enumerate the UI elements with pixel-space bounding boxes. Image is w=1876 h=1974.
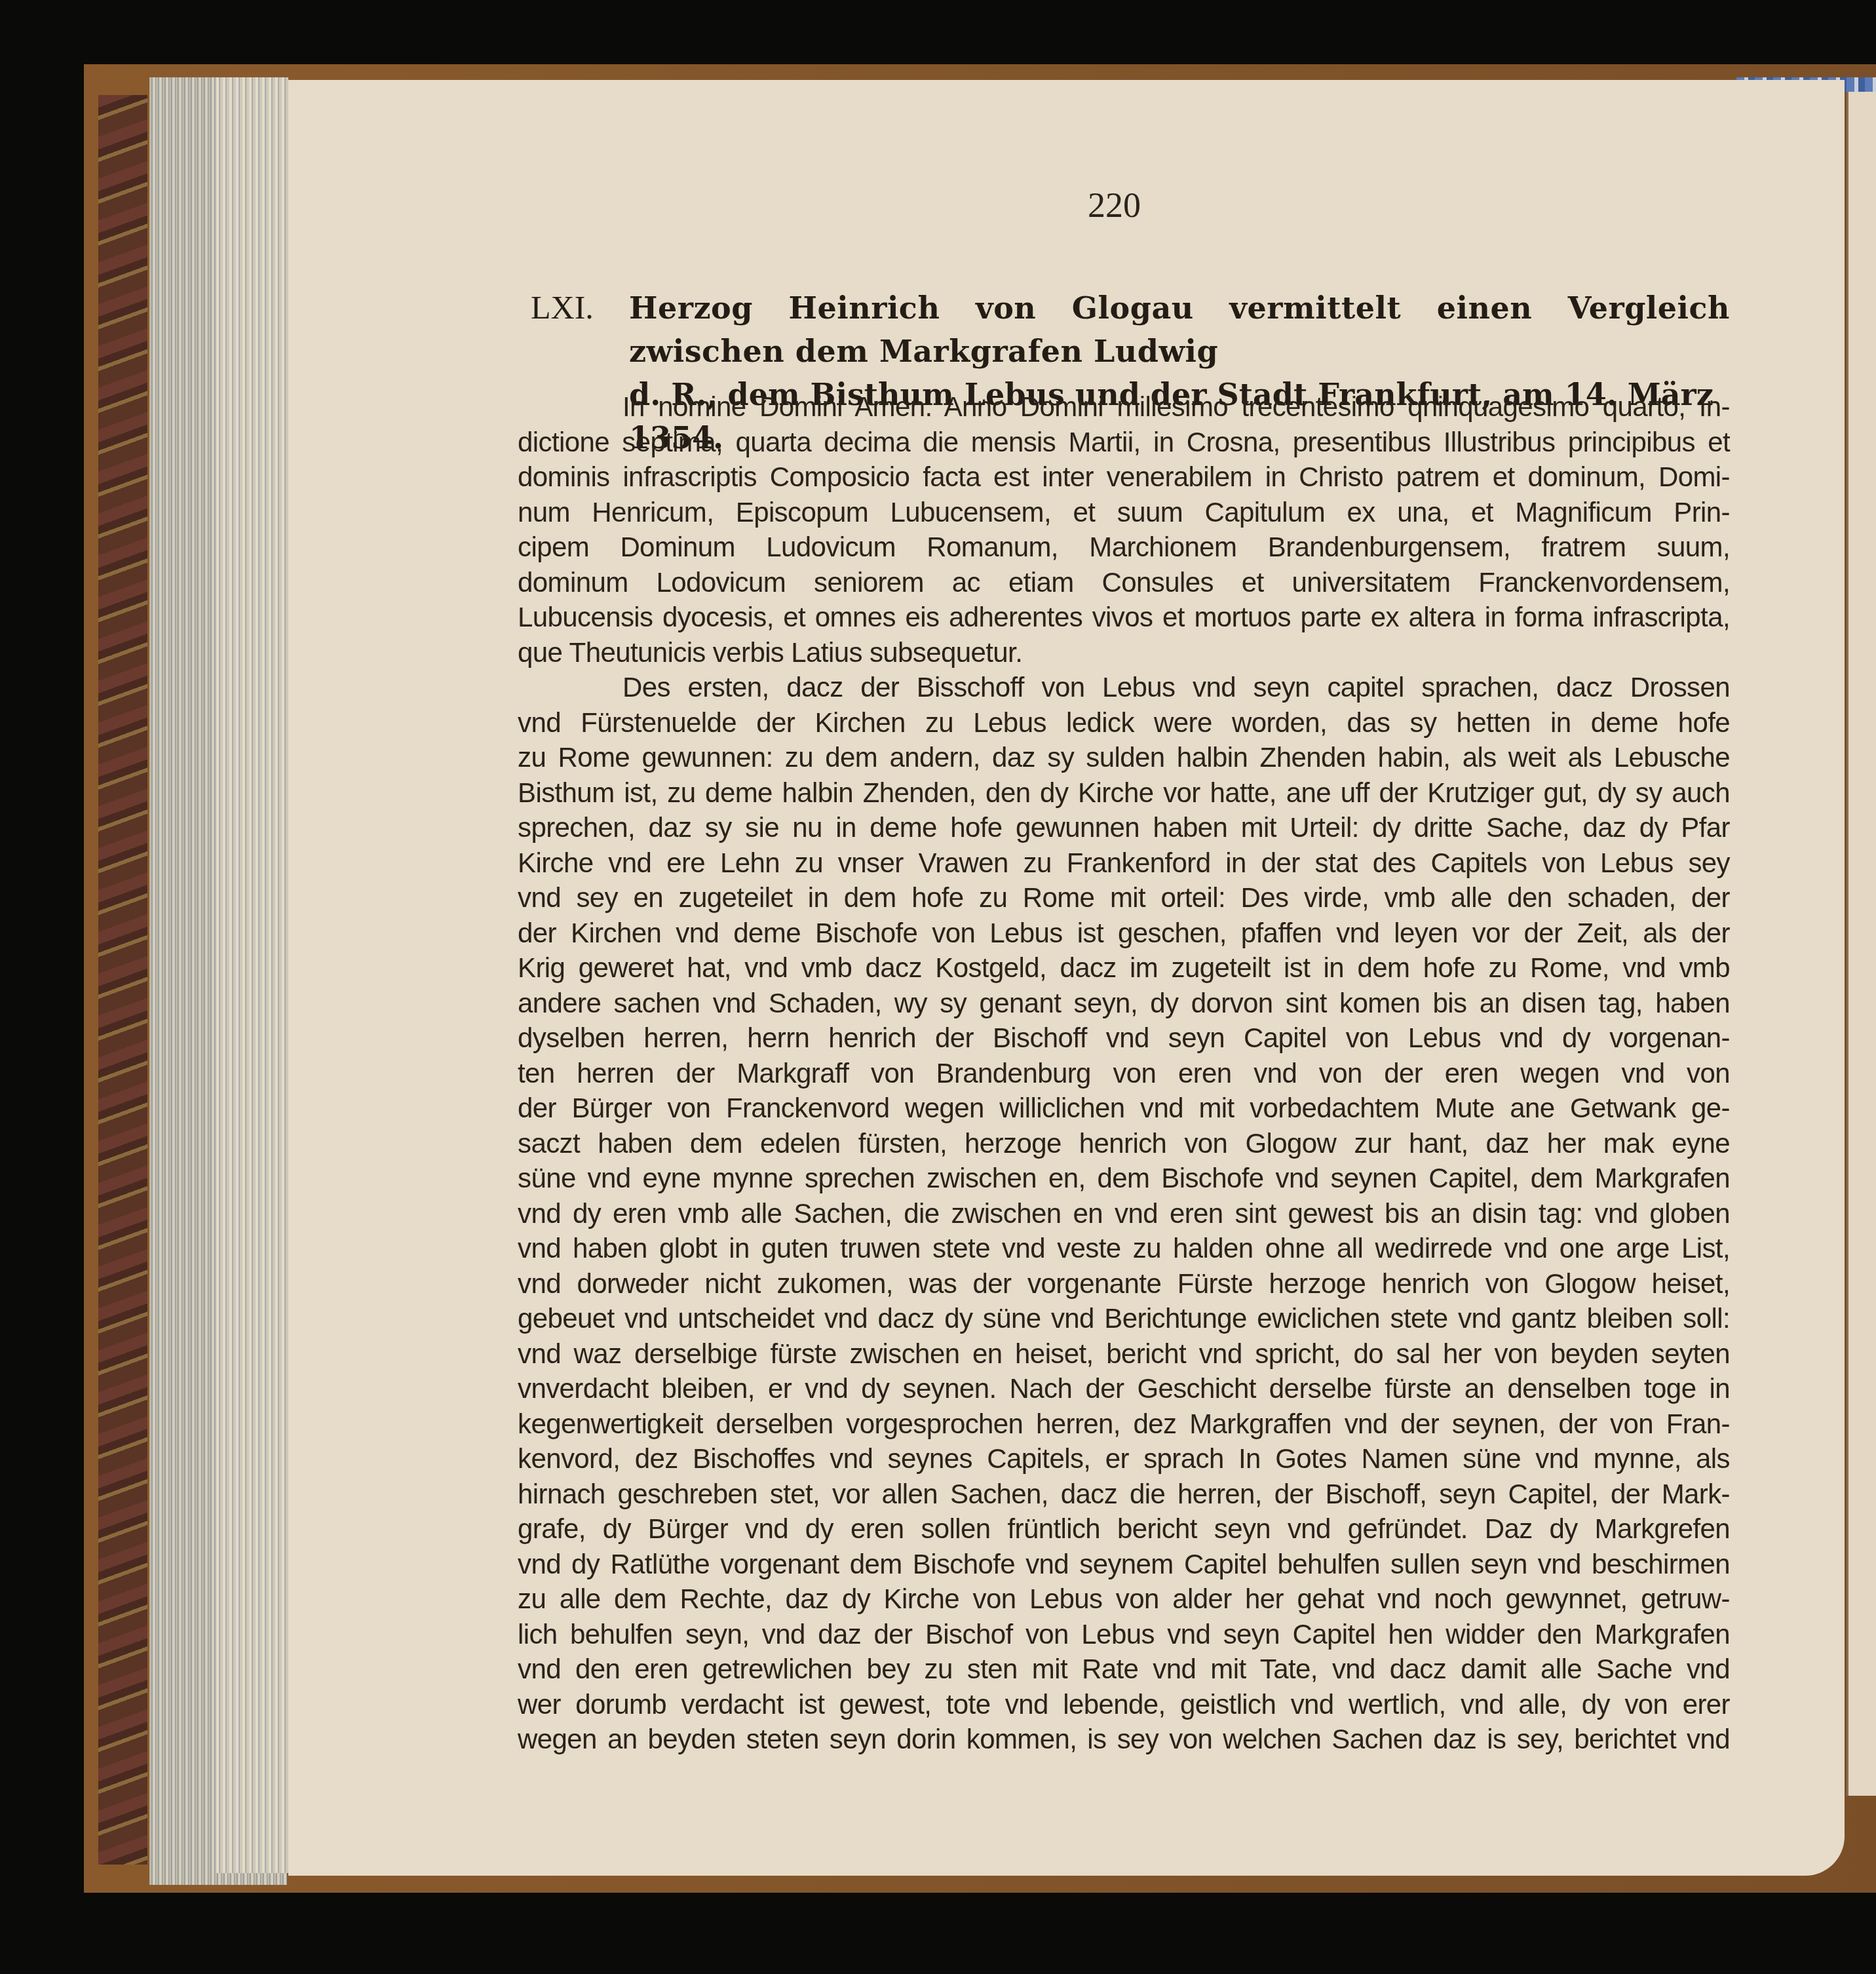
text-line: zu alle dem Rechte, daz dy Kirche von Le… bbox=[518, 1581, 1730, 1617]
text-line: que Theutunicis verbis Latius subsequetu… bbox=[518, 635, 1730, 670]
text-line: wer dorumb verdacht ist gewest, tote vnd… bbox=[518, 1687, 1730, 1722]
text-line: vnd Fürstenuelde der Kirchen zu Lebus le… bbox=[518, 705, 1730, 741]
text-line: vnverdacht bleiben, er vnd dy seynen. Na… bbox=[518, 1371, 1730, 1406]
text-line: cipem Dominum Ludovicum Romanum, Marchio… bbox=[518, 530, 1730, 565]
document-body: In nomine Domini Amen. Anno Domini mille… bbox=[518, 389, 1730, 1757]
page-stack-inner-edge bbox=[216, 77, 288, 1873]
text-line: der Kirchen vnd deme Bischofe von Lebus … bbox=[518, 916, 1730, 951]
text-line: dominum Lodovicum seniorem ac etiam Cons… bbox=[518, 565, 1730, 600]
text-line: saczt haben dem edelen fürsten, herzoge … bbox=[518, 1126, 1730, 1161]
text-line: ten herren der Markgraff von Brandenburg… bbox=[518, 1056, 1730, 1091]
text-line: vnd sey en zugeteilet in dem hofe zu Rom… bbox=[518, 880, 1730, 916]
page-number: 220 bbox=[1088, 185, 1141, 225]
text-line: süne vnd eyne mynne sprechen zwischen en… bbox=[518, 1161, 1730, 1196]
text-line: vnd haben globt in guten truwen stete vn… bbox=[518, 1231, 1730, 1266]
text-line: num Henricum, Episcopum Lubucensem, et s… bbox=[518, 495, 1730, 530]
text-line: andere sachen vnd Schaden, wy sy genant … bbox=[518, 986, 1730, 1021]
marbled-cover-edge bbox=[98, 95, 147, 1865]
document-title-line-1: Herzog Heinrich von Glogau vermittelt ei… bbox=[629, 286, 1730, 373]
text-line: Des ersten, dacz der Bisschoff von Lebus… bbox=[518, 670, 1730, 705]
text-line: lich behulfen seyn, vnd daz der Bischof … bbox=[518, 1617, 1730, 1652]
text-line: zu Rome gewunnen: zu dem andern, daz sy … bbox=[518, 740, 1730, 775]
text-line: Bisthum ist, zu deme halbin Zhenden, den… bbox=[518, 775, 1730, 811]
text-line: sprechen, daz sy sie nu in deme hofe gew… bbox=[518, 810, 1730, 845]
text-line: kenvord, dez Bischoffes vnd seynes Capit… bbox=[518, 1441, 1730, 1477]
text-line: dictione septima, quarta decima die mens… bbox=[518, 425, 1730, 460]
text-line: hirnach geschreben stet, vor allen Sache… bbox=[518, 1477, 1730, 1512]
text-line: dyselben herren, herrn henrich der Bisch… bbox=[518, 1020, 1730, 1056]
text-line: Lubucensis dyocesis, et omnes eis adhere… bbox=[518, 600, 1730, 635]
text-line: der Bürger von Franckenvord wegen willic… bbox=[518, 1091, 1730, 1126]
facing-page-edge bbox=[1848, 92, 1876, 1796]
text-line: dominis infrascriptis Composicio facta e… bbox=[518, 459, 1730, 495]
text-line: vnd dy Ratlüthe vorgenant dem Bischofe v… bbox=[518, 1547, 1730, 1582]
text-line: vnd dy eren vmb alle Sachen, die zwische… bbox=[518, 1196, 1730, 1231]
text-line: vnd waz derselbige fürste zwischen en he… bbox=[518, 1336, 1730, 1372]
text-line: In nomine Domini Amen. Anno Domini mille… bbox=[518, 389, 1730, 425]
text-line: wegen an beyden steten seyn dorin kommen… bbox=[518, 1722, 1730, 1757]
text-line: gebeuet vnd untscheidet vnd dacz dy süne… bbox=[518, 1301, 1730, 1336]
text-line: vnd den eren getrewlichen bey zu sten mi… bbox=[518, 1652, 1730, 1687]
text-line: vnd dorweder nicht zukomen, was der vorg… bbox=[518, 1266, 1730, 1302]
gutter-line bbox=[1847, 92, 1848, 1796]
text-line: Kirche vnd ere Lehn zu vnser Vrawen zu F… bbox=[518, 845, 1730, 881]
text-line: Krig geweret hat, vnd vmb dacz Kostgeld,… bbox=[518, 950, 1730, 986]
document-number: LXI. bbox=[531, 286, 629, 329]
text-line: kegenwertigkeit derselben vorgesprochen … bbox=[518, 1406, 1730, 1442]
text-line: grafe, dy Bürger vnd dy eren sollen frün… bbox=[518, 1511, 1730, 1547]
